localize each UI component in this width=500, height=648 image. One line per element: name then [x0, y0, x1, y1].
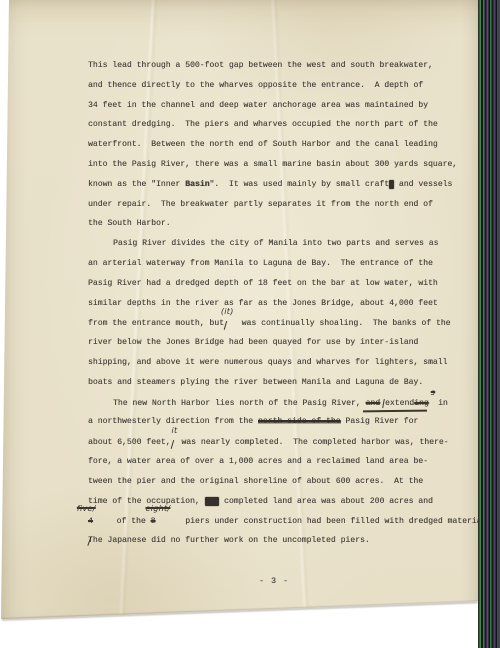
text-segment: was continually shoaling. The banks of t… — [242, 319, 451, 328]
edited-text-segment: 4five/ — [88, 517, 112, 526]
text-line: boats and steamers plying the river betw… — [88, 373, 473, 393]
text-segment: about 6,500 feet, — [88, 438, 171, 447]
text-segment: tween the pier and the original shorelin… — [88, 477, 423, 486]
text-line: under repair. The breakwater partly sepa… — [88, 195, 473, 215]
text-line: 34 feet in the channel and deep water an… — [88, 96, 473, 116]
text-segment: and vessels — [394, 180, 452, 189]
edited-text-segment: (it) — [224, 319, 242, 328]
text-line: from the entrance mouth, but (it)was con… — [88, 313, 473, 333]
text-line: Pasig River had a dredged depth of 18 fe… — [88, 274, 473, 294]
handwritten-annotation: it — [171, 426, 177, 435]
text-line: constant dredging. The piers and wharves… — [88, 115, 473, 135]
text-line: This lead through a 500-foot gap between… — [88, 56, 473, 76]
text-line: The new North Harbor lies north of the P… — [88, 393, 473, 413]
edited-text-segment: Basin — [185, 180, 209, 189]
text-segment: boats and steamers plying the river betw… — [88, 378, 423, 387]
edited-text-segment: ings — [414, 399, 433, 408]
text-line: river below the Jones Bridge had been qu… — [88, 333, 473, 353]
text-line: Pasig River divides the city of Manila i… — [88, 234, 473, 254]
typewritten-text: This lead through a 500-foot gap between… — [88, 56, 473, 551]
text-segment: completed land area was about 200 acres … — [219, 497, 433, 506]
handwritten-annotation: s — [431, 388, 435, 397]
text-line: waterfront. Between the north end of Sou… — [88, 135, 473, 155]
text-segment: This lead through a 500-foot gap between… — [88, 61, 433, 70]
text-segment: Pasig River divides the city of Manila i… — [113, 239, 438, 248]
text-segment: piers under construction had been filled… — [180, 517, 491, 526]
text-line: shipping, and above it were numerous qua… — [88, 353, 473, 373]
edited-text-segment: north side of the — [258, 417, 341, 426]
scan-edge-stripes — [478, 0, 500, 648]
handwritten-annotation: eight/ — [145, 504, 170, 513]
text-line: tween the pier and the original shorelin… — [88, 472, 473, 492]
text-segment: in — [433, 399, 448, 408]
scanned-page: This lead through a 500-foot gap between… — [0, 0, 478, 648]
text-segment: fore, a water area of over a 1,000 acres… — [88, 457, 428, 466]
text-segment: was nearly completed. The completed harb… — [181, 438, 448, 447]
handwritten-annotation: five/ — [77, 504, 96, 513]
text-segment: waterfront. Between the north end of Sou… — [88, 140, 438, 149]
text-segment: known as the "Inner — [88, 180, 185, 189]
text-segment: a northwesterly direction from the — [88, 417, 258, 426]
text-segment: into the Pasig River, there was a small … — [88, 160, 457, 169]
edited-text-segment: the — [205, 497, 220, 506]
text-segment: shipping, and above it were numerous qua… — [88, 358, 447, 367]
text-segment: river below the Jones Bridge had been qu… — [88, 338, 418, 347]
text-segment: and thence directly to the wharves oppos… — [88, 81, 423, 90]
text-line: The Japanese did no further work on the … — [88, 531, 473, 551]
text-segment: ". It was used mainly by small craft — [209, 180, 389, 189]
text-line: a northwesterly direction from the north… — [88, 412, 473, 432]
text-segment: of the — [112, 517, 151, 526]
scanned-document-view: This lead through a 500-foot gap between… — [0, 0, 500, 648]
edited-text-segment: extend — [385, 399, 414, 408]
text-segment: under repair. The breakwater partly sepa… — [88, 200, 433, 209]
edited-text-segment: it — [171, 438, 182, 447]
text-segment: Pasig River had a dredged depth of 18 fe… — [88, 279, 438, 288]
text-line: into the Pasig River, there was a small … — [88, 155, 473, 175]
text-line: about 6,500 feet, itwas nearly completed… — [88, 432, 473, 452]
text-line: and thence directly to the wharves oppos… — [88, 76, 473, 96]
text-line: known as the "Inner Basin". It was used … — [88, 175, 473, 195]
text-segment: Pasig River for — [341, 417, 419, 426]
text-segment: from the entrance mouth, but — [88, 319, 224, 328]
text-segment: constant dredging. The piers and wharves… — [88, 120, 438, 129]
text-segment: 34 feet in the channel and deep water an… — [88, 101, 428, 110]
text-line: 4five/ of the 8eight/ piers under constr… — [88, 511, 473, 531]
text-line: the South Harbor. — [88, 214, 473, 234]
edited-text-segment: and — [366, 399, 381, 408]
text-line: fore, a water area of over a 1,000 acres… — [88, 452, 473, 472]
page-number: - 3 - — [88, 572, 460, 592]
handwritten-annotation: (it) — [221, 307, 234, 316]
text-line: similar depths in the river as far as th… — [88, 294, 473, 314]
text-segment: similar depths in the river as far as th… — [88, 299, 438, 308]
edited-text-segment: 8eight/ — [151, 517, 181, 526]
text-segment: an arterial waterway from Manila to Lagu… — [88, 259, 433, 268]
text-segment: he Japanese did no further work on the u… — [93, 536, 370, 545]
text-segment: The new North Harbor lies north of the P… — [113, 399, 366, 408]
text-segment: the South Harbor. — [88, 219, 171, 228]
text-line: an arterial waterway from Manila to Lagu… — [88, 254, 473, 274]
